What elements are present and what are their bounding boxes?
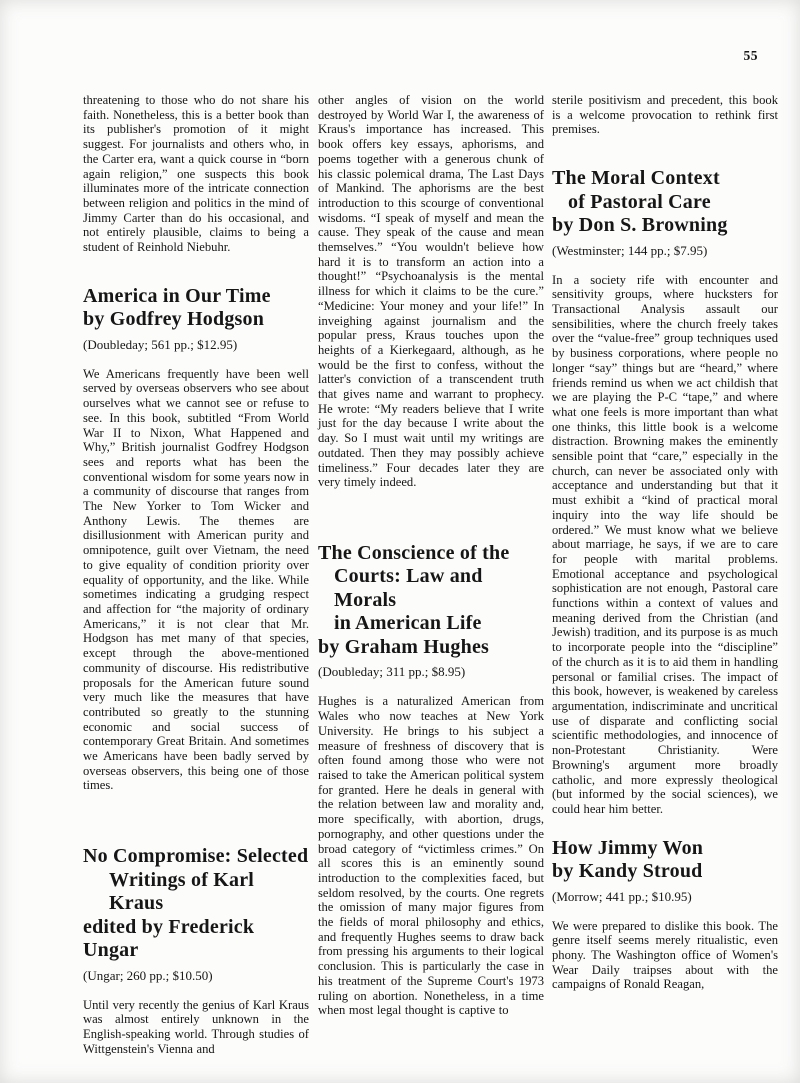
book-title-moral-context: The Moral Context of Pastoral Care by Do… — [552, 167, 778, 238]
review-paragraph-kraus-continued: other angles of vision on the world dest… — [318, 93, 544, 490]
book-title-line: Courts: Law and Morals — [318, 565, 544, 612]
publisher-info: (Doubleday; 311 pp.; $8.95) — [318, 664, 544, 679]
review-paragraph-hughes: Hughes is a naturalized American from Wa… — [318, 694, 544, 1017]
book-author-line: by Graham Hughes — [318, 636, 544, 660]
book-title-line: America in Our Time — [83, 285, 309, 309]
book-title-conscience-of-the-courts: The Conscience of the Courts: Law and Mo… — [318, 542, 544, 660]
review-paragraph-carter-book-end: threatening to those who do not share hi… — [83, 93, 309, 255]
magazine-page: 55 threatening to those who do not share… — [0, 0, 800, 1083]
publisher-info: (Ungar; 260 pp.; $10.50) — [83, 968, 309, 983]
book-title-line: No Compromise: Selected — [83, 845, 309, 869]
publisher-info: (Doubleday; 561 pp.; $12.95) — [83, 337, 309, 352]
book-author-line: by Godfrey Hodgson — [83, 308, 309, 332]
book-title-line: The Conscience of the — [318, 542, 544, 566]
review-paragraph-kraus-start: Until very recently the genius of Karl K… — [83, 998, 309, 1057]
review-header-no-compromise: No Compromise: Selected Writings of Karl… — [83, 845, 309, 983]
review-paragraph-stroud: We were prepared to dislike this book. T… — [552, 919, 778, 993]
book-title-no-compromise: No Compromise: Selected Writings of Karl… — [83, 845, 309, 963]
review-header-america-in-our-time: America in Our Time by Godfrey Hodgson (… — [83, 285, 309, 352]
book-title-line: How Jimmy Won — [552, 837, 778, 861]
review-paragraph-hughes-end: sterile positivism and precedent, this b… — [552, 93, 778, 137]
column-1: threatening to those who do not share hi… — [83, 93, 309, 1056]
page-number: 55 — [744, 48, 759, 64]
review-header-conscience-of-the-courts: The Conscience of the Courts: Law and Mo… — [318, 542, 544, 680]
book-title-line: of Pastoral Care — [552, 191, 778, 215]
book-title-line: in American Life — [318, 612, 544, 636]
publisher-info: (Morrow; 441 pp.; $10.95) — [552, 889, 778, 904]
review-header-moral-context: The Moral Context of Pastoral Care by Do… — [552, 167, 778, 258]
review-header-how-jimmy-won: How Jimmy Won by Kandy Stroud (Morrow; 4… — [552, 837, 778, 904]
review-paragraph-hodgson: We Americans frequently have been well s… — [83, 367, 309, 793]
book-author-line: by Kandy Stroud — [552, 860, 778, 884]
column-3: sterile positivism and precedent, this b… — [552, 93, 778, 992]
book-title-america-in-our-time: America in Our Time by Godfrey Hodgson — [83, 285, 309, 332]
column-2: other angles of vision on the world dest… — [318, 93, 544, 1018]
review-paragraph-browning: In a society rife with encounter and sen… — [552, 273, 778, 817]
book-author-line: by Don S. Browning — [552, 214, 778, 238]
book-title-line: Writings of Karl Kraus — [83, 869, 309, 916]
book-editor-line: edited by Frederick Ungar — [83, 916, 309, 963]
book-title-how-jimmy-won: How Jimmy Won by Kandy Stroud — [552, 837, 778, 884]
publisher-info: (Westminster; 144 pp.; $7.95) — [552, 243, 778, 258]
book-title-line: The Moral Context — [552, 167, 778, 191]
